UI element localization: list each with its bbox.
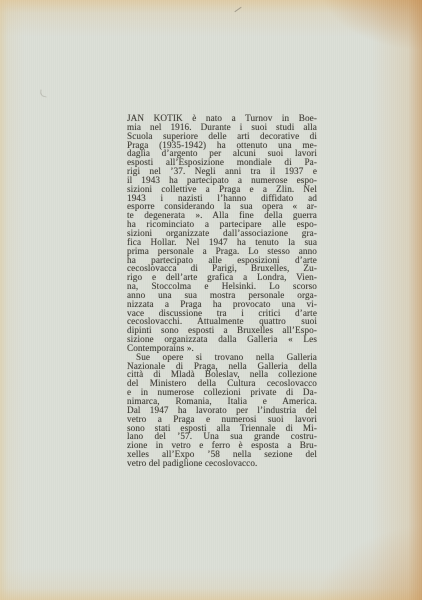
biography-text: JAN KOTIK è nato a Turnov in Boe- mia ne…	[127, 114, 317, 468]
text-line: vetro del padiglione cecoslovacco.	[127, 459, 317, 468]
scanned-book-page: JAN KOTIK è nato a Turnov in Boe- mia ne…	[0, 0, 422, 600]
paper-scratch-mark	[40, 90, 48, 98]
paper-scratch-mark	[234, 7, 241, 12]
